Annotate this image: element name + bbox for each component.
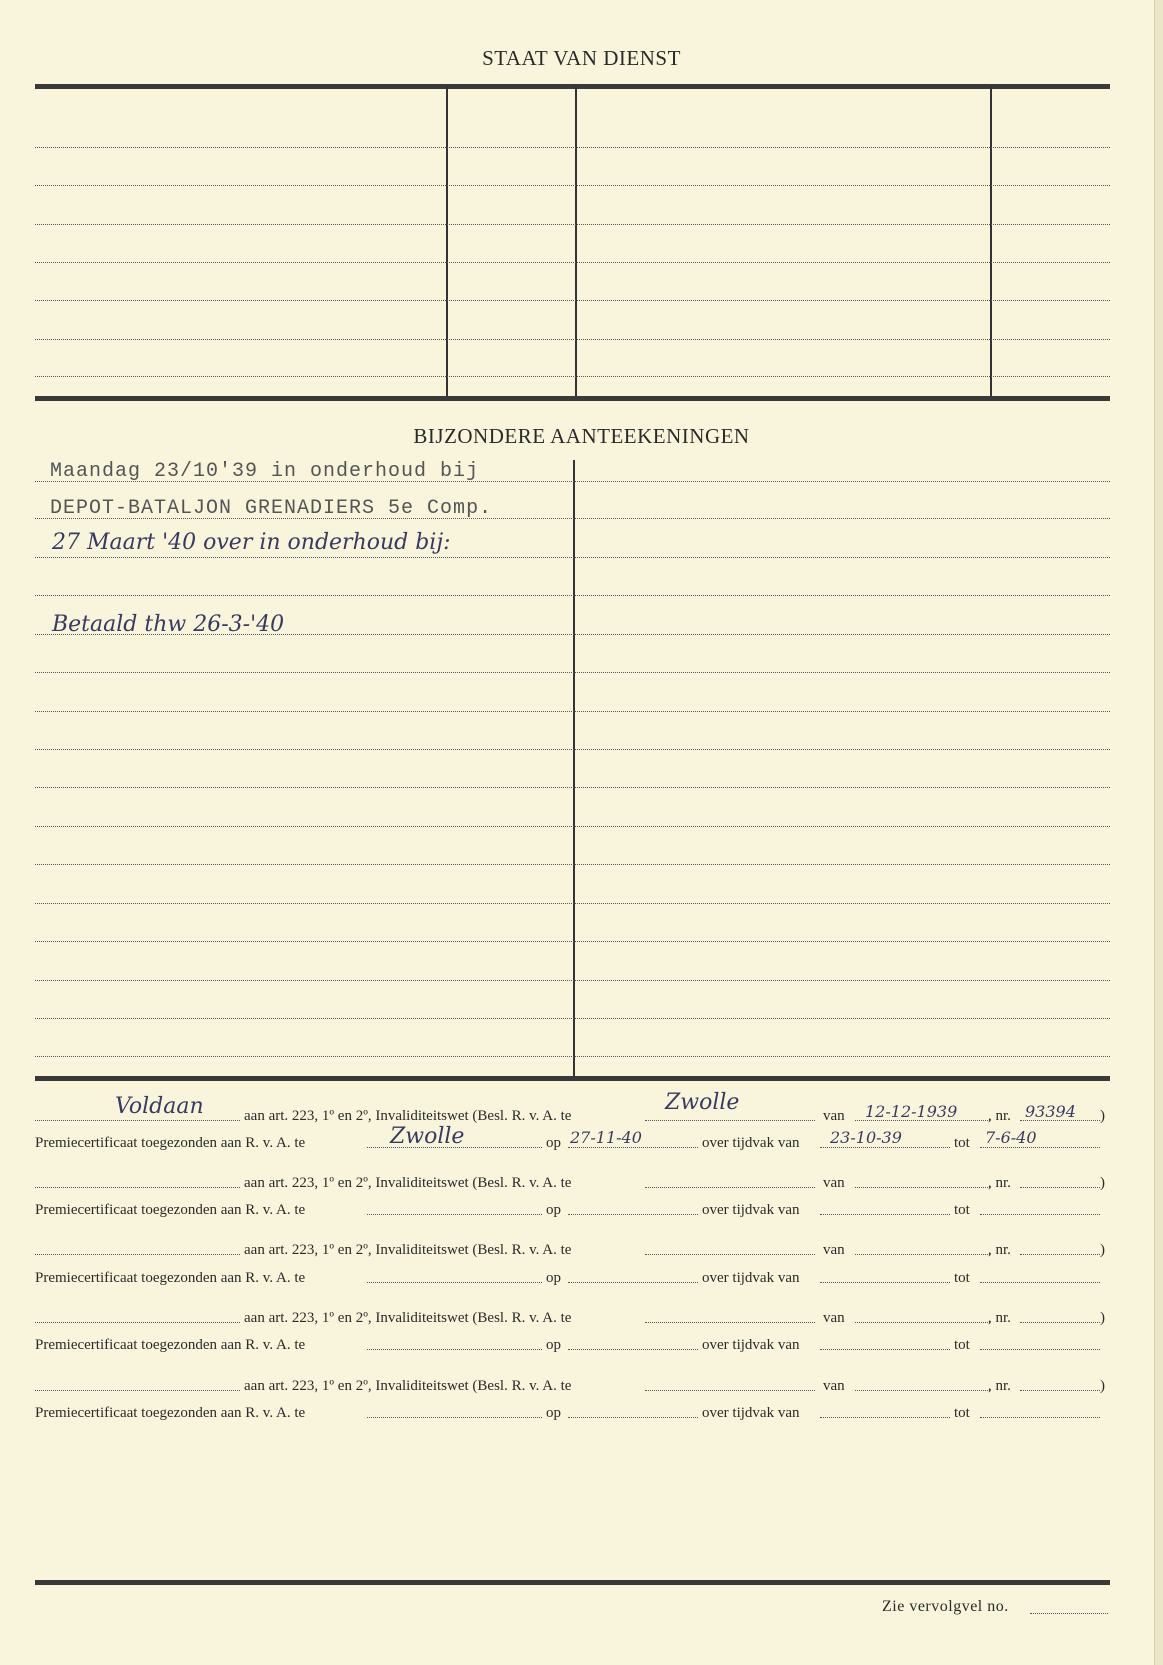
status-value: Voldaan — [115, 1094, 204, 1119]
premie-te-field[interactable] — [367, 1349, 542, 1350]
thick-rule — [35, 396, 1110, 401]
over-label: over tijdvak van — [702, 1337, 799, 1354]
paren: ) — [1100, 1310, 1105, 1327]
tijdvak-van-field[interactable] — [820, 1417, 950, 1418]
tot-label: tot — [954, 1337, 970, 1354]
van-label: van — [823, 1310, 845, 1327]
van-field[interactable] — [855, 1254, 990, 1255]
thick-rule — [35, 84, 1110, 89]
ra-te-field[interactable] — [645, 1120, 815, 1121]
tijdvak-van-field[interactable] — [820, 1147, 950, 1148]
table-row[interactable] — [35, 262, 1110, 263]
column-divider — [575, 86, 577, 398]
note-row[interactable] — [35, 557, 1110, 558]
over-label: over tijdvak van — [702, 1270, 799, 1287]
premie-label: Premiecertificaat toegezonden aan R. v. … — [35, 1405, 305, 1422]
van-label: van — [823, 1108, 845, 1125]
tot-label: tot — [954, 1202, 970, 1219]
op-field[interactable] — [568, 1349, 698, 1350]
op-value: 27-11-40 — [570, 1128, 642, 1147]
column-divider — [990, 86, 992, 398]
art-label: aan art. 223, 1º en 2º, Invaliditeitswet… — [244, 1175, 571, 1192]
nr-label: , nr. — [988, 1310, 1011, 1327]
paren: ) — [1100, 1108, 1105, 1125]
table-row[interactable] — [35, 147, 1110, 148]
premie-label: Premiecertificaat toegezonden aan R. v. … — [35, 1270, 305, 1287]
note-row[interactable] — [35, 1056, 1110, 1057]
ra-te-field[interactable] — [645, 1254, 815, 1255]
van-value: 12-12-1939 — [865, 1102, 957, 1121]
thick-rule — [35, 1076, 1110, 1081]
note-row[interactable] — [35, 787, 1110, 788]
ra-te-field[interactable] — [645, 1187, 815, 1188]
nr-field[interactable] — [1020, 1322, 1100, 1323]
paren: ) — [1100, 1242, 1105, 1259]
van-field[interactable] — [855, 1390, 990, 1391]
note-row[interactable] — [35, 903, 1110, 904]
note-row[interactable] — [35, 864, 1110, 865]
table-row[interactable] — [35, 185, 1110, 186]
art-label: aan art. 223, 1º en 2º, Invaliditeitswet… — [244, 1310, 571, 1327]
van-label: van — [823, 1378, 845, 1395]
thick-rule — [35, 1580, 1110, 1585]
op-label: op — [546, 1405, 561, 1422]
premie-label: Premiecertificaat toegezonden aan R. v. … — [35, 1135, 305, 1152]
vervolgvel-label: Zie vervolgvel no. — [882, 1598, 1009, 1616]
nr-label: , nr. — [988, 1108, 1011, 1125]
note-line-3: 27 Maart '40 over in onderhoud bij: — [52, 530, 451, 555]
tot-label: tot — [954, 1405, 970, 1422]
premie-label: Premiecertificaat toegezonden aan R. v. … — [35, 1202, 305, 1219]
premie-label: Premiecertificaat toegezonden aan R. v. … — [35, 1337, 305, 1354]
tot-field[interactable] — [980, 1417, 1100, 1418]
op-label: op — [546, 1337, 561, 1354]
nr-field[interactable] — [1020, 1254, 1100, 1255]
ra-te-field[interactable] — [645, 1390, 815, 1391]
over-label: over tijdvak van — [702, 1405, 799, 1422]
paren: ) — [1100, 1175, 1105, 1192]
op-field[interactable] — [568, 1282, 698, 1283]
art-label: aan art. 223, 1º en 2º, Invaliditeitswet… — [244, 1108, 571, 1125]
van-field[interactable] — [855, 1187, 990, 1188]
art-label: aan art. 223, 1º en 2º, Invaliditeitswet… — [244, 1378, 571, 1395]
op-label: op — [546, 1202, 561, 1219]
page-title: STAAT VAN DIENST — [0, 46, 1163, 71]
column-divider — [573, 460, 575, 1078]
tot-field[interactable] — [980, 1147, 1100, 1148]
note-row[interactable] — [35, 749, 1110, 750]
section-title-notes: BIJZONDERE AANTEEKENINGEN — [0, 424, 1163, 449]
note-row[interactable] — [35, 481, 1110, 482]
nr-field[interactable] — [1020, 1390, 1100, 1391]
op-field[interactable] — [568, 1417, 698, 1418]
table-row[interactable] — [35, 339, 1110, 340]
ra-te-field[interactable] — [645, 1322, 815, 1323]
nr-value: 93394 — [1025, 1102, 1076, 1121]
status-field[interactable] — [35, 1120, 240, 1121]
tot-field[interactable] — [980, 1214, 1100, 1215]
over-label: over tijdvak van — [702, 1135, 799, 1152]
note-row[interactable] — [35, 711, 1110, 712]
tijdvak-van-field[interactable] — [820, 1349, 950, 1350]
note-row[interactable] — [35, 826, 1110, 827]
nr-label: , nr. — [988, 1378, 1011, 1395]
tot-label: tot — [954, 1270, 970, 1287]
paren: ) — [1100, 1378, 1105, 1395]
status-field[interactable] — [35, 1187, 240, 1188]
table-row[interactable] — [35, 376, 1110, 377]
premie-te-field[interactable] — [367, 1417, 542, 1418]
art-label: aan art. 223, 1º en 2º, Invaliditeitswet… — [244, 1242, 571, 1259]
note-row[interactable] — [35, 634, 1110, 635]
op-label: op — [546, 1135, 561, 1152]
nr-field[interactable] — [1020, 1187, 1100, 1188]
op-field[interactable] — [568, 1147, 698, 1148]
column-divider — [446, 86, 448, 398]
status-field[interactable] — [35, 1254, 240, 1255]
nr-label: , nr. — [988, 1175, 1011, 1192]
tijdvak-van-field[interactable] — [820, 1282, 950, 1283]
status-field[interactable] — [35, 1390, 240, 1391]
tijdvak-van-field[interactable] — [820, 1214, 950, 1215]
over-label: over tijdvak van — [702, 1202, 799, 1219]
tot-label: tot — [954, 1135, 970, 1152]
ra-te-value: Zwolle — [665, 1090, 739, 1115]
van-label: van — [823, 1175, 845, 1192]
van-label: van — [823, 1242, 845, 1259]
note-row[interactable] — [35, 1018, 1110, 1019]
premie-te-value: Zwolle — [390, 1124, 464, 1149]
table-row[interactable] — [35, 224, 1110, 225]
paper-edge — [1154, 0, 1163, 1665]
op-field[interactable] — [568, 1214, 698, 1215]
note-line-2: DEPOT-BATALJON GRENADIERS 5e Comp. — [50, 497, 492, 520]
premie-te-field[interactable] — [367, 1282, 542, 1283]
table-row[interactable] — [35, 300, 1110, 301]
nr-label: , nr. — [988, 1242, 1011, 1259]
note-row[interactable] — [35, 595, 1110, 596]
vervolgvel-field[interactable] — [1030, 1613, 1108, 1614]
op-label: op — [546, 1270, 561, 1287]
note-row[interactable] — [35, 980, 1110, 981]
note-row[interactable] — [35, 941, 1110, 942]
van-field[interactable] — [855, 1322, 990, 1323]
note-row[interactable] — [35, 518, 1110, 519]
status-field[interactable] — [35, 1322, 240, 1323]
tijdvak-van-value: 23-10-39 — [830, 1128, 902, 1147]
tot-value: 7-6-40 — [985, 1128, 1037, 1147]
premie-te-field[interactable] — [367, 1214, 542, 1215]
tot-field[interactable] — [980, 1349, 1100, 1350]
note-line-1: Maandag 23/10'39 in onderhoud bij — [50, 460, 479, 483]
note-row[interactable] — [35, 672, 1110, 673]
tot-field[interactable] — [980, 1282, 1100, 1283]
